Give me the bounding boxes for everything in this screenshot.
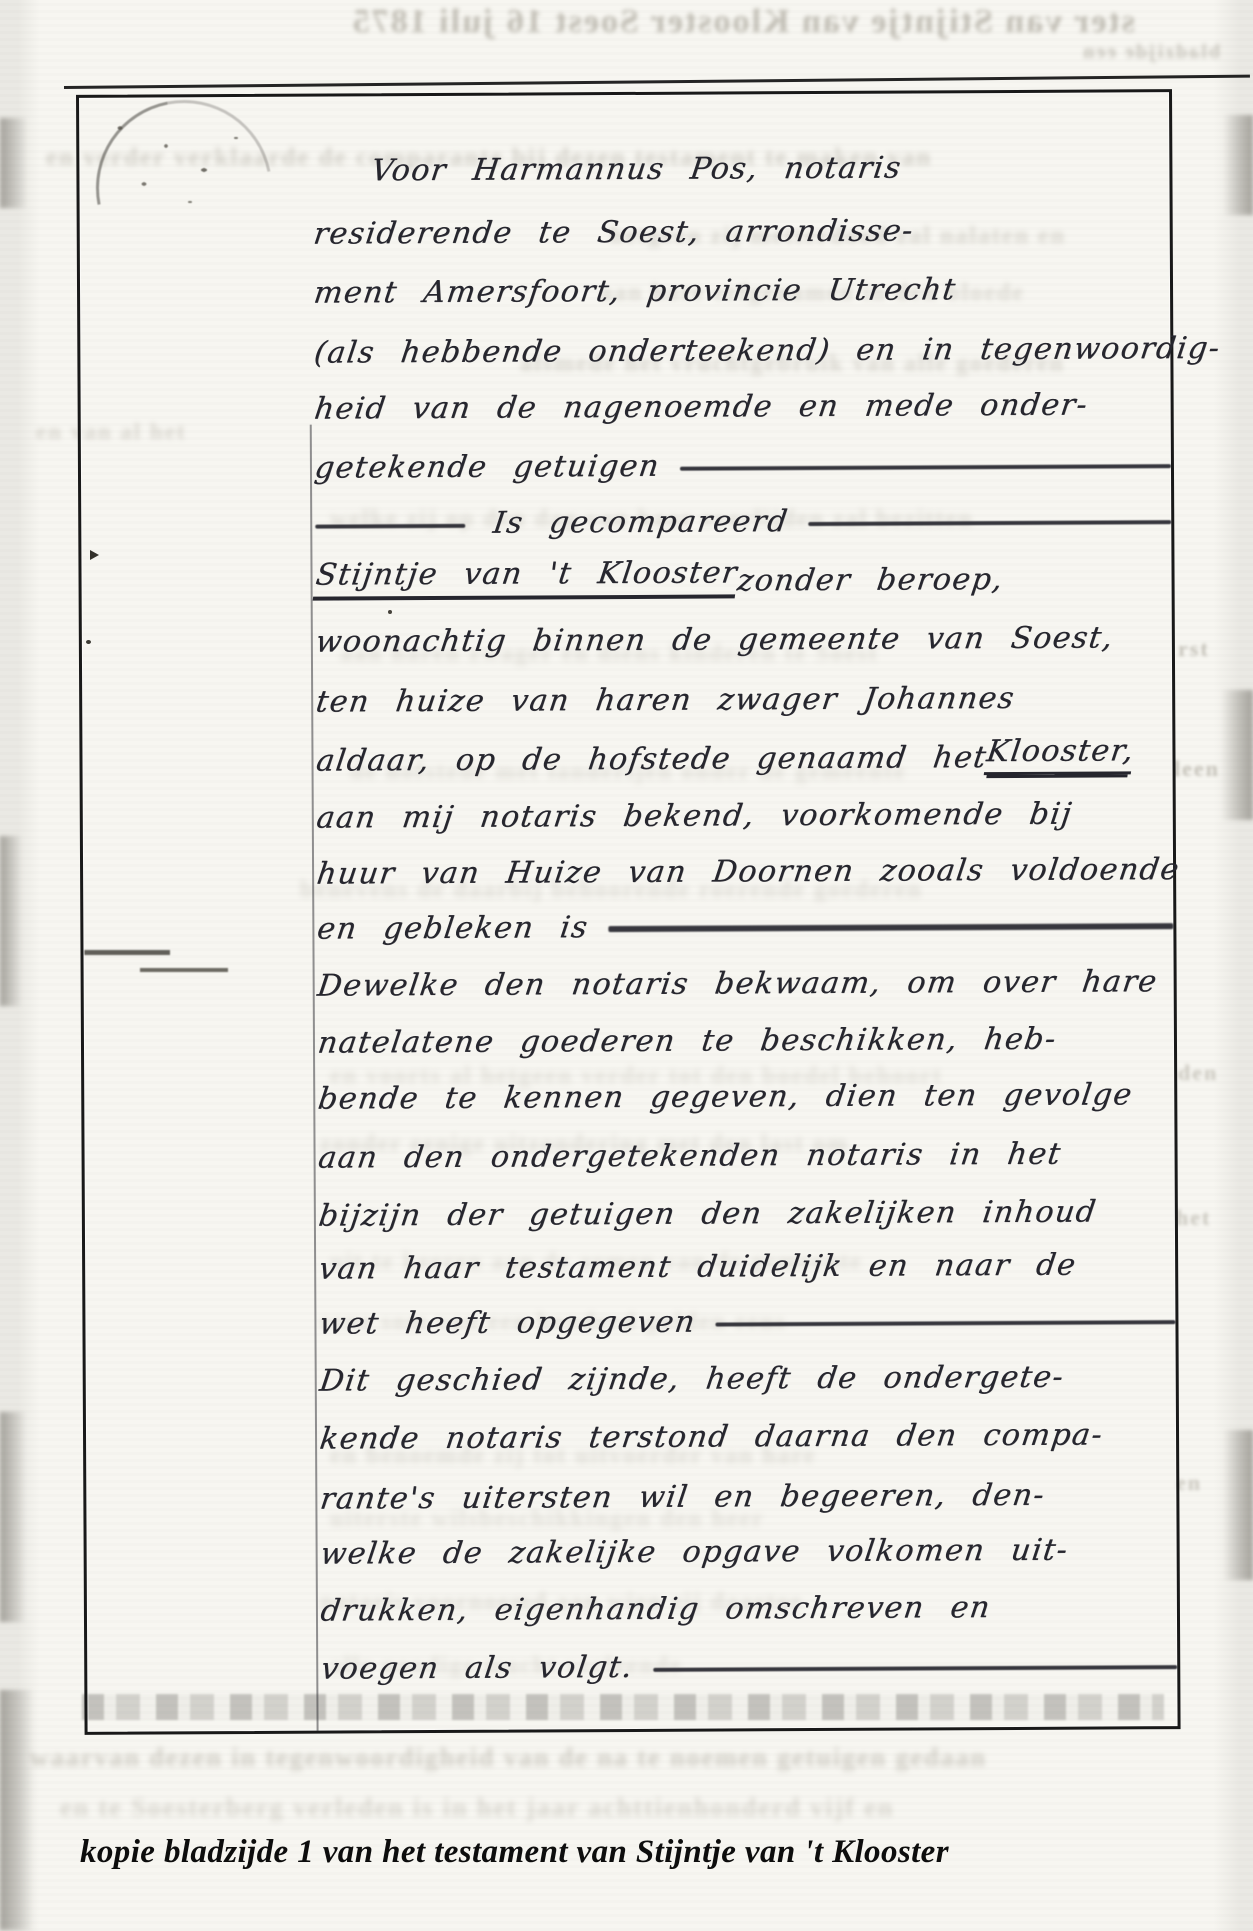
manuscript-line: ten huize van haren zwager Johannes xyxy=(316,667,1174,719)
manuscript-line: Dit geschied zijnde, heeft de ondergete- xyxy=(320,1346,1178,1398)
manuscript-line: kende notaris terstond daarna den compa- xyxy=(320,1404,1178,1456)
manuscript-text: Voor Harmannus Pos, notaris xyxy=(369,151,904,189)
manuscript-text: ment Amersfoort, provincie Utrecht xyxy=(312,272,959,310)
manuscript-line: huur van Huize van Doornen zooals voldoe… xyxy=(317,839,1175,891)
bleedthrough-text: en xyxy=(1176,1470,1248,1496)
bleedthrough-text: waarvan dezen in tegenwoordigheid van de… xyxy=(30,1742,1220,1773)
manuscript-line: van haar testament duidelijk en naar de xyxy=(319,1234,1177,1286)
manuscript-underlined-name: Stijntje van 't Klooster xyxy=(313,555,740,600)
manuscript-line: Is gecompareerd xyxy=(315,489,1173,541)
manuscript-line: Voor Harmannus Pos, notaris xyxy=(313,136,1171,188)
manuscript-text: getekende getuigen xyxy=(313,449,662,486)
manuscript-underlined-name: Klooster, xyxy=(984,733,1137,775)
manuscript-line: Stijntje van 't Klooster zonder beroep, xyxy=(315,548,1173,600)
manuscript-text: welke de zakelijke opgave volkomen uit- xyxy=(318,1533,1070,1572)
manuscript-text: residerende te Soest, arrondisse- xyxy=(311,213,916,251)
manuscript-text: van haar testament duidelijk en naar de xyxy=(317,1248,1079,1287)
manuscript-text: rante's uitersten wil en begeeren, den- xyxy=(318,1478,1047,1517)
manuscript-line: heid van de nagenoemde en mede onder- xyxy=(314,374,1172,426)
manuscript-line: Dewelke den notaris bekwaam, om over har… xyxy=(318,951,1176,1003)
manuscript-text: en gebleken is xyxy=(315,910,591,946)
bleedthrough-text: bladzijde een xyxy=(920,40,1220,64)
manuscript-line: aan mij notaris bekend, voorkomende bij xyxy=(317,783,1175,835)
manuscript-text: (als hebbende onderteekend) en in tegenw… xyxy=(312,331,1223,371)
manuscript-line: welke de zakelijke opgave volkomen uit- xyxy=(320,1519,1178,1571)
manuscript-text: heid van de nagenoemde en mede onder- xyxy=(312,388,1090,427)
manuscript-text: aan den ondergetekenden notaris in het xyxy=(316,1137,1063,1176)
manuscript-text: wet heeft opgegeven xyxy=(317,1305,698,1342)
manuscript-line: en gebleken is xyxy=(317,894,1175,946)
manuscript-line: ment Amersfoort, provincie Utrecht xyxy=(314,258,1172,310)
manuscript-line: voegen als volgt. xyxy=(321,1634,1179,1686)
manuscript-text: aan mij notaris bekend, voorkomende bij xyxy=(314,797,1074,836)
document-scan-frame: Voor Harmannus Pos, notarisresiderende t… xyxy=(76,89,1181,1735)
manuscript-text: Dewelke den notaris bekwaam, om over har… xyxy=(315,964,1160,1003)
manuscript-line: natelatene goederen te beschikken, heb- xyxy=(318,1008,1176,1060)
ink-rule xyxy=(716,1320,1176,1326)
bleedthrough-text: rst xyxy=(1178,636,1248,662)
ink-rule xyxy=(608,923,1173,932)
bleedthrough-text: en te Soesterberg verleden is in het jaa… xyxy=(60,1792,1190,1823)
bleedthrough-text: ster van Stijntje van Klooster Soest 16 … xyxy=(255,2,1135,43)
scanned-page: ster van Stijntje van Klooster Soest 16 … xyxy=(0,0,1253,1931)
manuscript-text: kende notaris terstond daarna den compa- xyxy=(318,1417,1106,1456)
manuscript-text: bende te kennen gegeven, dien ten gevolg… xyxy=(316,1077,1135,1116)
bleedthrough-text: leen xyxy=(1174,756,1249,782)
manuscript-line: (als hebbende onderteekend) en in tegenw… xyxy=(314,318,1172,370)
manuscript-text: natelatene goederen te beschikken, heb- xyxy=(316,1022,1059,1061)
ink-rule xyxy=(315,524,465,529)
manuscript-text: drukken, eigenhandig omschreven en xyxy=(319,1590,994,1629)
manuscript-line: woonachtig binnen de gemeente van Soest, xyxy=(316,607,1174,659)
manuscript-text: bijzijn der getuigen den zakelijken inho… xyxy=(317,1195,1100,1234)
ink-rule xyxy=(680,464,1171,471)
bleedthrough-text: den xyxy=(1178,1060,1248,1086)
manuscript-line: bijzijn der getuigen den zakelijken inho… xyxy=(319,1181,1177,1233)
manuscript-line: residerende te Soest, arrondisse- xyxy=(314,199,1172,251)
manuscript-line: getekende getuigen xyxy=(315,433,1173,485)
ink-rule xyxy=(808,520,1171,526)
manuscript-text: huur van Huize van Doornen zooals voldoe… xyxy=(315,852,1182,892)
manuscript-text: ten huize van haren zwager Johannes xyxy=(314,681,1017,720)
manuscript-line: wet heeft opgegeven xyxy=(319,1289,1177,1341)
manuscript-text: aldaar, op de hofstede genaamd het xyxy=(314,740,989,779)
manuscript-text: zonder beroep, xyxy=(735,562,1006,598)
manuscript-line: aldaar, op de hofstede genaamd het Kloos… xyxy=(316,726,1174,778)
manuscript-text: Is gecompareerd xyxy=(491,504,791,541)
manuscript-text: woonachtig binnen de gemeente van Soest, xyxy=(314,620,1116,659)
caption-text: kopie bladzijde 1 van het testament van … xyxy=(80,1834,1190,1871)
ink-rule xyxy=(653,1665,1177,1672)
manuscript-line: drukken, eigenhandig omschreven en xyxy=(321,1576,1179,1628)
manuscript-line: rante's uitersten wil en begeeren, den- xyxy=(320,1464,1178,1516)
manuscript-line: aan den ondergetekenden notaris in het xyxy=(318,1123,1176,1175)
manuscript-text: voegen als volgt. xyxy=(319,1650,636,1687)
bleedthrough-text: het xyxy=(1176,1205,1248,1231)
manuscript-text: Dit geschied zijnde, heeft de ondergete- xyxy=(317,1360,1066,1399)
manuscript-body: Voor Harmannus Pos, notarisresiderende t… xyxy=(313,92,1170,1730)
manuscript-line: bende te kennen gegeven, dien ten gevolg… xyxy=(318,1064,1176,1116)
